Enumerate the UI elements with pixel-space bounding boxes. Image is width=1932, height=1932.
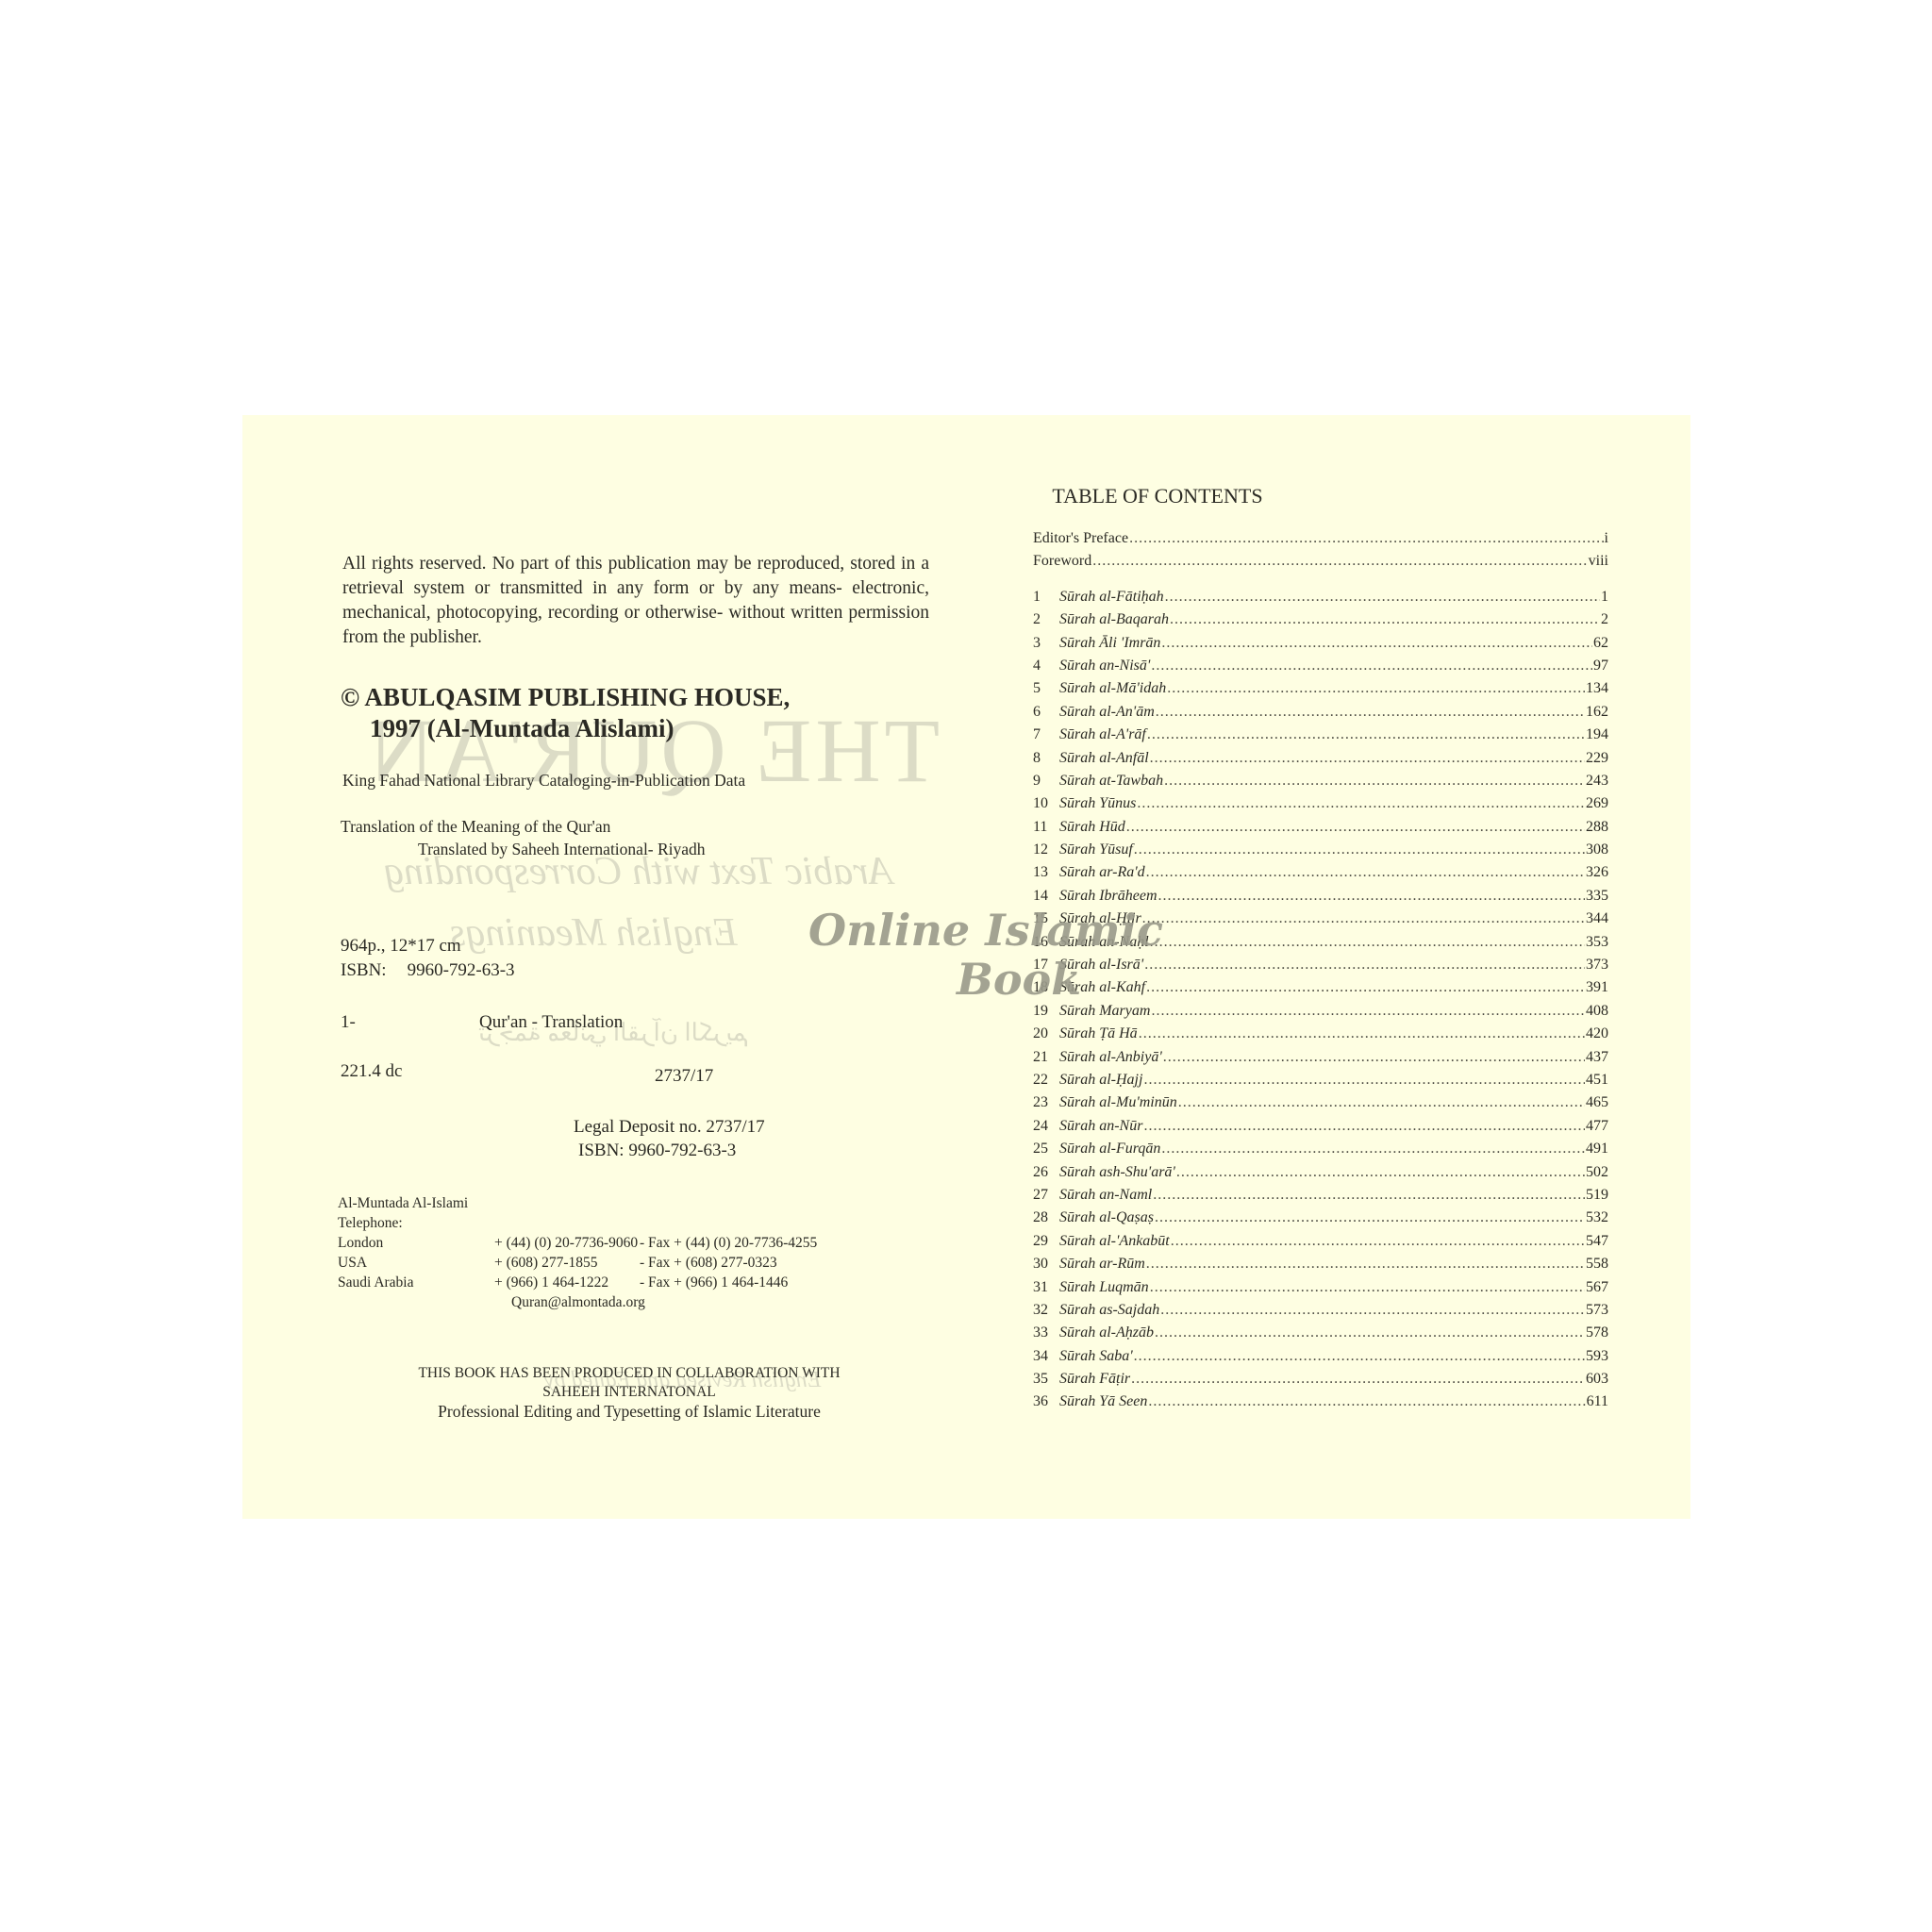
toc-item-page: 288 [1586, 819, 1608, 836]
toc-dot-leader [1142, 910, 1585, 927]
contact-city: USA [338, 1253, 494, 1273]
contact-fax: - Fax + (44) (0) 20-7736-4255 [640, 1233, 817, 1253]
toc-item[interactable]: 12Sūrah Yūsuf308 [1033, 841, 1608, 864]
toc-item[interactable]: 10Sūrah Yūnus269 [1033, 795, 1608, 818]
toc-dot-leader [1151, 1003, 1585, 1020]
toc-dot-leader [1139, 1025, 1585, 1042]
toc-dot-leader [1160, 1302, 1585, 1319]
contact-phone: + (966) 1 464-1222 [494, 1273, 640, 1292]
toc-item-page: 477 [1586, 1118, 1608, 1135]
toc-dot-leader [1134, 841, 1585, 858]
toc-item-number: 23 [1033, 1094, 1056, 1111]
toc-item-number: 10 [1033, 795, 1056, 812]
contact-email: Quran@almontada.org [338, 1292, 817, 1312]
toc-item-number: 11 [1033, 819, 1056, 836]
toc-item-label: Sūrah as-Sajdah [1056, 1302, 1159, 1319]
toc-item-page: 465 [1586, 1094, 1608, 1111]
toc-dot-leader [1134, 1348, 1585, 1365]
toc-item-page: 532 [1586, 1209, 1608, 1226]
toc-dot-leader [1150, 750, 1585, 767]
toc-item-number: 20 [1033, 1025, 1056, 1042]
toc-item-number: 2 [1033, 611, 1056, 628]
toc-item[interactable]: 22Sūrah al-Ḥajj451 [1033, 1072, 1608, 1094]
toc-item-number: 28 [1033, 1209, 1056, 1226]
toc-dot-leader [1161, 1141, 1585, 1158]
toc-item[interactable]: 21Sūrah al-Anbiyā'437 [1033, 1049, 1608, 1072]
toc-item[interactable]: 25Sūrah al-Furqān491 [1033, 1141, 1608, 1163]
toc-dot-leader [1137, 795, 1585, 812]
toc-item-label: Sūrah Luqmān [1056, 1279, 1149, 1296]
toc-item-label: Sūrah al-Anbiyā' [1056, 1049, 1162, 1066]
isbn-label: ISBN: [341, 960, 387, 980]
isbn-value: 9960-792-63-3 [387, 960, 515, 980]
toc-dot-leader [1150, 934, 1585, 951]
toc-item-number: 6 [1033, 704, 1056, 721]
toc-item[interactable]: 36Sūrah Yā Seen611 [1033, 1393, 1608, 1416]
toc-item-number: 27 [1033, 1187, 1056, 1204]
toc-dot-leader [1163, 1049, 1585, 1066]
toc-item[interactable]: 35Sūrah Fāṭir603 [1033, 1371, 1608, 1393]
toc-item[interactable]: 28Sūrah al-Qaṣaṣ532 [1033, 1209, 1608, 1232]
toc-item-page: 194 [1586, 726, 1608, 743]
toc-item-page: 491 [1586, 1141, 1608, 1158]
translated-by: Translated by Saheeh International- Riya… [418, 840, 706, 859]
toc-item-page: 134 [1586, 680, 1608, 697]
contact-city: Saudi Arabia [338, 1273, 494, 1292]
toc-item-label: Sūrah an-Nisā' [1056, 658, 1150, 675]
collaboration-line-3: Professional Editing and Typesetting of … [365, 1402, 893, 1421]
cataloging-heading: King Fahad National Library Cataloging-i… [342, 771, 745, 791]
toc-item-label: Sūrah ar-Ra'd [1056, 864, 1145, 881]
toc-item-number: 12 [1033, 841, 1056, 858]
toc-item[interactable]: 11Sūrah Hūd288 [1033, 819, 1608, 841]
toc-item-label: Sūrah al-Fātiḥah [1056, 589, 1164, 606]
toc-dot-leader [1147, 726, 1585, 743]
toc-item-number: 5 [1033, 680, 1056, 697]
toc-item-label: Sūrah Yūnus [1056, 795, 1136, 812]
toc-dot-leader [1164, 773, 1585, 790]
toc-item-page: 567 [1586, 1279, 1608, 1296]
book-spread: THE QUR'AN Arabic Text with Correspondin… [242, 415, 1690, 1519]
toc-dot-leader [1148, 1393, 1585, 1410]
toc-item[interactable]: 3Sūrah Āli 'Imrān62 [1033, 635, 1608, 658]
subject: Qur'an - Translation [479, 1012, 623, 1033]
toc-item-number: 32 [1033, 1302, 1056, 1319]
toc-item-label: Sūrah al-Mu'minūn [1056, 1094, 1177, 1111]
toc-front-item[interactable]: Forewordviii [1033, 553, 1608, 575]
toc-item-label: Sūrah ash-Shu'arā' [1056, 1164, 1175, 1181]
isbn-line: ISBN:9960-792-63-3 [341, 960, 515, 981]
toc-item-number: 1 [1033, 589, 1056, 606]
toc-dot-leader [1165, 589, 1600, 606]
toc-item-label: Foreword [1033, 553, 1091, 570]
toc-item-number: 24 [1033, 1118, 1056, 1135]
contact-fax: - Fax + (608) 277-0323 [640, 1253, 777, 1273]
toc-item-page: 269 [1586, 795, 1608, 812]
toc-item-number: 19 [1033, 1003, 1056, 1020]
collaboration-line-1: THIS BOOK HAS BEEN PRODUCED IN COLLABORA… [365, 1364, 893, 1383]
classification: 221.4 dc [341, 1061, 402, 1082]
toc-dot-leader [1144, 957, 1585, 974]
collaboration-line-2: SAHEEH INTERNATONAL [365, 1383, 893, 1402]
toc-item-number: 36 [1033, 1393, 1056, 1410]
contact-row: Saudi Arabia + (966) 1 464-1222 - Fax + … [338, 1273, 817, 1292]
contact-city: London [338, 1233, 494, 1253]
watermark-line-2: Book [808, 955, 1163, 1004]
rights-notice: All rights reserved. No part of this pub… [342, 552, 929, 650]
toc-dot-leader [1150, 1279, 1585, 1296]
toc-item-number: 4 [1033, 658, 1056, 675]
toc-item-page: 335 [1586, 888, 1608, 905]
toc-item-label: Sūrah al-Ḥajj [1056, 1072, 1142, 1089]
toc-item-number: 21 [1033, 1049, 1056, 1066]
watermark: Online Islamic Book [808, 906, 1163, 1004]
toc-title: TABLE OF CONTENTS [997, 484, 1318, 508]
toc-item-label: Sūrah al-Qaṣaṣ [1056, 1209, 1154, 1226]
toc-item[interactable]: 32Sūrah as-Sajdah573 [1033, 1302, 1608, 1324]
toc-item[interactable]: 7Sūrah al-A'rāf194 [1033, 726, 1608, 749]
toc-item-label: Sūrah al-'Ankabūt [1056, 1233, 1170, 1250]
toc-item-label: Sūrah Ṭā Hā [1056, 1025, 1138, 1042]
toc-item[interactable]: 24Sūrah an-Nūr477 [1033, 1118, 1608, 1141]
toc-item[interactable]: 20Sūrah Ṭā Hā420 [1033, 1025, 1608, 1048]
toc-item-page: 243 [1586, 773, 1608, 790]
toc-item-number: 13 [1033, 864, 1056, 881]
toc-item-page: 229 [1586, 750, 1608, 767]
toc-item-label: Sūrah an-Naml [1056, 1187, 1152, 1204]
toc-item-label: Sūrah Yūsuf [1056, 841, 1133, 858]
toc-item[interactable]: 5Sūrah al-Mā'idah134 [1033, 680, 1608, 703]
contact-phone: + (608) 277-1855 [494, 1253, 640, 1273]
toc-dot-leader [1146, 864, 1585, 881]
toc-item[interactable]: 30Sūrah ar-Rūm558 [1033, 1256, 1608, 1278]
toc-item[interactable]: 1Sūrah al-Fātiḥah1 [1033, 589, 1608, 611]
toc-dot-leader [1178, 1094, 1585, 1111]
toc-item-label: Sūrah al-A'rāf [1056, 726, 1146, 743]
toc-dot-leader [1146, 1256, 1585, 1273]
toc-item-page: 611 [1587, 1393, 1608, 1410]
contact-row: London + (44) (0) 20-7736-9060 - Fax + (… [338, 1233, 817, 1253]
toc-dot-leader [1161, 635, 1592, 652]
toc-item-page: 547 [1586, 1233, 1608, 1250]
toc-item-number: 14 [1033, 888, 1056, 905]
toc-item-number: 9 [1033, 773, 1056, 790]
show-through-subtitle-2: English Meanings [450, 910, 737, 956]
contact-block: Al-Muntada Al-Islami Telephone: London +… [338, 1193, 817, 1312]
toc-item-label: Sūrah Āli 'Imrān [1056, 635, 1160, 652]
book-dimensions: 964p., 12*17 cm [341, 936, 461, 957]
toc-item-page: 353 [1586, 934, 1608, 951]
contact-fax: - Fax + (966) 1 464-1446 [640, 1273, 788, 1292]
toc-dot-leader [1158, 888, 1585, 905]
toc-item[interactable]: 23Sūrah al-Mu'minūn465 [1033, 1094, 1608, 1117]
toc-item-page: 519 [1586, 1187, 1608, 1204]
contact-phone: + (44) (0) 20-7736-9060 [494, 1233, 640, 1253]
toc-item[interactable]: 27Sūrah an-Naml519 [1033, 1187, 1608, 1209]
toc-item[interactable]: 29Sūrah al-'Ankabūt547 [1033, 1233, 1608, 1256]
toc-item[interactable]: 9Sūrah at-Tawbah243 [1033, 773, 1608, 795]
toc-item-number: 34 [1033, 1348, 1056, 1365]
toc-item-page: 162 [1586, 704, 1608, 721]
toc-item-label: Sūrah al-Baqarah [1056, 611, 1169, 628]
toc-item-number: 26 [1033, 1164, 1056, 1181]
toc-item[interactable]: 8Sūrah al-Anfāl229 [1033, 750, 1608, 773]
toc-item-page: 603 [1586, 1371, 1608, 1388]
toc-item-label: Sūrah al-Aḥzāb [1056, 1324, 1154, 1341]
toc-dot-leader [1131, 1371, 1585, 1388]
toc-item-page: 451 [1586, 1072, 1608, 1089]
toc-item[interactable]: 26Sūrah ash-Shu'arā'502 [1033, 1164, 1608, 1187]
toc-item-page: i [1605, 530, 1608, 547]
toc-item-page: 2 [1601, 611, 1608, 628]
toc-dot-leader [1170, 611, 1600, 628]
toc-item-label: Editor's Preface [1033, 530, 1128, 547]
toc-dot-leader [1153, 1187, 1585, 1204]
toc-dot-leader [1155, 1324, 1585, 1341]
toc-dot-leader [1151, 658, 1592, 675]
toc-dot-leader [1176, 1164, 1585, 1181]
toc-item-page: 578 [1586, 1324, 1608, 1341]
toc-dot-leader [1156, 704, 1585, 721]
toc-item[interactable]: 6Sūrah al-An'ām162 [1033, 704, 1608, 726]
copyright-heading: © ABULQASIM PUBLISHING HOUSE, 1997 (Al-M… [341, 682, 790, 744]
toc-item-label: Sūrah ar-Rūm [1056, 1256, 1145, 1273]
toc-item[interactable]: 31Sūrah Luqmān567 [1033, 1279, 1608, 1302]
toc-item-page: 437 [1586, 1049, 1608, 1066]
toc-front-item[interactable]: Editor's Prefacei [1033, 530, 1608, 553]
translation-title: Translation of the Meaning of the Qur'an [341, 817, 610, 837]
toc-item-label: Sūrah Maryam [1056, 1003, 1150, 1020]
toc-item-page: 1 [1601, 589, 1608, 606]
copyright-line-1: © ABULQASIM PUBLISHING HOUSE, [341, 683, 790, 711]
toc-item-page: 593 [1586, 1348, 1608, 1365]
toc-item-label: Sūrah al-Anfāl [1056, 750, 1149, 767]
toc-dot-leader [1126, 819, 1585, 836]
toc-item-number: 8 [1033, 750, 1056, 767]
organization-name: Al-Muntada Al-Islami [338, 1193, 817, 1213]
legal-deposit: Legal Deposit no. 2737/17 [574, 1117, 765, 1138]
toc-item-number: 22 [1033, 1072, 1056, 1089]
toc-item-number: 7 [1033, 726, 1056, 743]
toc-item-page: 62 [1593, 635, 1608, 652]
toc-item[interactable]: 19Sūrah Maryam408 [1033, 1003, 1608, 1025]
toc-item-number: 31 [1033, 1279, 1056, 1296]
toc-item[interactable]: 33Sūrah al-Aḥzāb578 [1033, 1324, 1608, 1347]
toc-dot-leader [1146, 979, 1585, 996]
watermark-line-1: Online Islamic [808, 905, 1163, 956]
toc-item-label: Sūrah Fāṭir [1056, 1371, 1130, 1388]
toc-item[interactable]: 34Sūrah Saba'593 [1033, 1348, 1608, 1371]
toc-item-label: Sūrah Ibrāheem [1056, 888, 1158, 905]
collaboration-note: THIS BOOK HAS BEEN PRODUCED IN COLLABORA… [365, 1364, 893, 1421]
toc-item-page: 408 [1586, 1003, 1608, 1020]
telephone-label: Telephone: [338, 1213, 817, 1233]
subject-number: 1- [341, 1012, 356, 1033]
toc-item-page: 373 [1586, 957, 1608, 974]
copyright-line-2: 1997 (Al-Muntada Alislami) [341, 713, 790, 744]
toc-front-matter: Editor's PrefaceiForewordviii [1033, 530, 1608, 576]
toc-item-label: Sūrah Saba' [1056, 1348, 1133, 1365]
toc-item-page: 97 [1593, 658, 1608, 675]
toc-item-page: 573 [1586, 1302, 1608, 1319]
contact-row: USA + (608) 277-1855 - Fax + (608) 277-0… [338, 1253, 817, 1273]
toc-item-label: Sūrah Yā Seen [1056, 1393, 1147, 1410]
toc-dot-leader [1167, 680, 1585, 697]
toc-item-number: 30 [1033, 1256, 1056, 1273]
toc-item[interactable]: 2Sūrah al-Baqarah2 [1033, 611, 1608, 634]
toc-item[interactable]: 4Sūrah an-Nisā'97 [1033, 658, 1608, 680]
toc-item-label: Sūrah Hūd [1056, 819, 1125, 836]
classification-number: 2737/17 [655, 1066, 713, 1087]
toc-gap [1033, 576, 1608, 589]
toc-item-page: 502 [1586, 1164, 1608, 1181]
isbn-repeat: ISBN: 9960-792-63-3 [578, 1141, 736, 1161]
toc-item-page: 420 [1586, 1025, 1608, 1042]
toc-dot-leader [1171, 1233, 1585, 1250]
toc-item-page: 326 [1586, 864, 1608, 881]
toc-item-page: 391 [1586, 979, 1608, 996]
toc-item-page: 308 [1586, 841, 1608, 858]
toc-item-label: Sūrah al-Mā'idah [1056, 680, 1166, 697]
toc-item-page: 344 [1586, 910, 1608, 927]
toc-item-number: 29 [1033, 1233, 1056, 1250]
toc-item[interactable]: 13Sūrah ar-Ra'd326 [1033, 864, 1608, 887]
toc-item-label: Sūrah at-Tawbah [1056, 773, 1163, 790]
toc-dot-leader [1155, 1209, 1585, 1226]
toc-dot-leader [1143, 1118, 1585, 1135]
toc-item-label: Sūrah al-An'ām [1056, 704, 1155, 721]
toc-item-number: 25 [1033, 1141, 1056, 1158]
toc-item-number: 3 [1033, 635, 1056, 652]
toc-item-number: 33 [1033, 1324, 1056, 1341]
toc-item-number: 35 [1033, 1371, 1056, 1388]
toc-item-page: 558 [1586, 1256, 1608, 1273]
toc-dot-leader [1129, 530, 1603, 547]
toc-item-label: Sūrah an-Nūr [1056, 1118, 1142, 1135]
toc-item-label: Sūrah al-Furqān [1056, 1141, 1160, 1158]
toc-dot-leader [1092, 553, 1587, 570]
toc-item-page: viii [1589, 553, 1608, 570]
toc-dot-leader [1143, 1072, 1585, 1089]
